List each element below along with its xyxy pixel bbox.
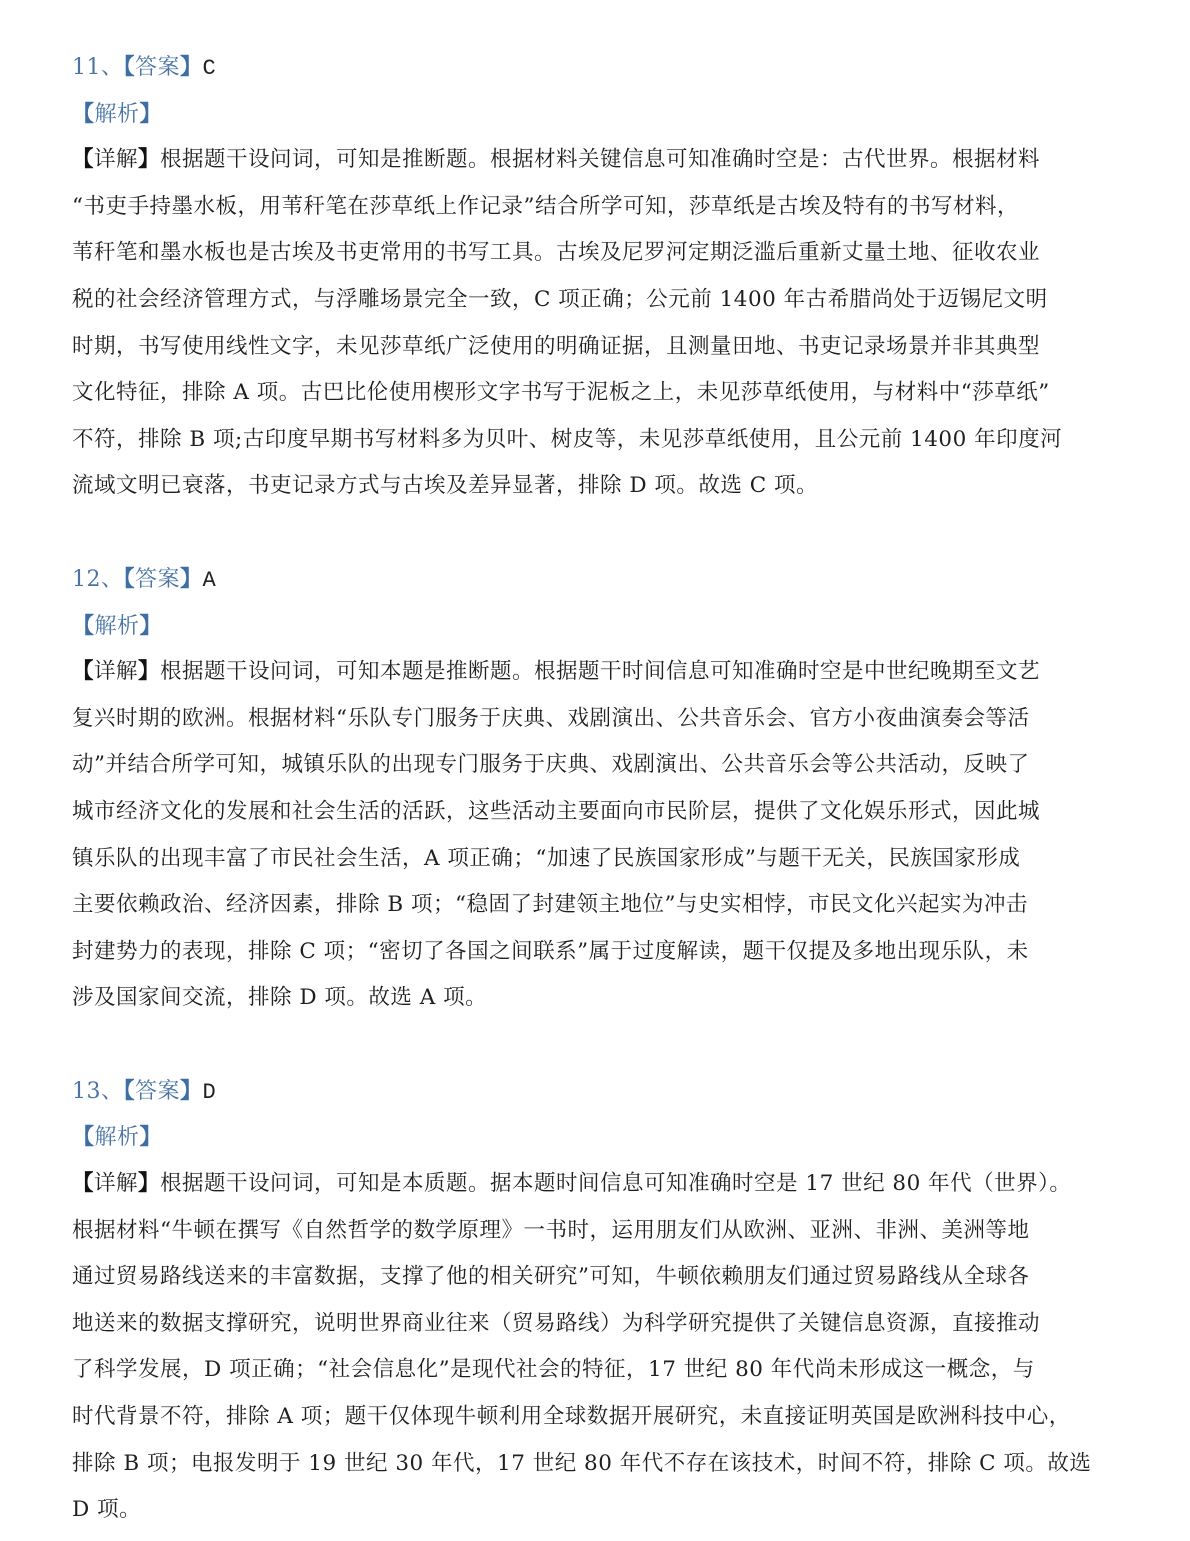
explanation-line: 地送来的数据支撑研究，说明世界商业往来（贸易路线）为科学研究提供了关键信息资源，… <box>72 1301 1122 1348</box>
detail-line: 【详解】根据题干设问词，可知本题是推断题。根据题干时间信息可知准确时空是中世纪晚… <box>72 649 1122 696</box>
right-bracket: 】 <box>180 566 203 592</box>
analysis-label: 解析 <box>95 614 140 639</box>
analysis-heading: 【解析】 <box>72 91 1122 138</box>
explanation-line: 复兴时期的欧洲。根据材料“乐队专门服务于庆典、戏剧演出、公共音乐会、官方小夜曲演… <box>72 696 1122 743</box>
answer-heading: 13、【答案】D <box>72 1068 1122 1115</box>
right-bracket: 】 <box>140 101 163 127</box>
explanation-line: 文化特征，排除 A 项。古巴比伦使用楔形文字书写于泥板之上，未见莎草纸使用，与材… <box>72 370 1122 417</box>
explanation-line: 流域文明已衰落，书吏记录方式与古埃及差异显著，排除 D 项。故选 C 项。 <box>72 463 1122 510</box>
explanation-text: 根据题干设问词，可知是推断题。根据材料关键信息可知准确时空是：古代世界。根据材料 <box>160 147 1040 172</box>
explanation-line: “书吏手持墨水板，用苇秆笔在莎草纸上作记录”结合所学可知，莎草纸是古埃及特有的书… <box>72 184 1122 231</box>
analysis-heading: 【解析】 <box>72 1114 1122 1161</box>
question-number: 13、 <box>72 1079 124 1104</box>
right-bracket: 】 <box>138 659 160 684</box>
answer-label: 答案 <box>135 567 180 592</box>
explanation-line: 了科学发展，D 项正确；“社会信息化”是现代社会的特征，17 世纪 80 年代尚… <box>72 1347 1122 1394</box>
answer-heading: 12、【答案】A <box>72 556 1122 603</box>
detail-label-text: 详解 <box>94 147 138 172</box>
explanation-line: 涉及国家间交流，排除 D 项。故选 A 项。 <box>72 975 1122 1022</box>
explanation-line: 时期，书写使用线性文字，未见莎草纸广泛使用的明确证据，且测量田地、书吏记录场景并… <box>72 324 1122 371</box>
detail-line: 【详解】根据题干设问词，可知是本质题。据本题时间信息可知准确时空是 17 世纪 … <box>72 1161 1122 1208</box>
right-bracket: 】 <box>138 1171 160 1196</box>
explanation-line: 城市经济文化的发展和社会生活的活跃，这些活动主要面向市民阶层，提供了文化娱乐形式… <box>72 789 1122 836</box>
question-13-section: 13、【答案】D 【解析】 【详解】根据题干设问词，可知是本质题。据本题时间信息… <box>72 1068 1122 1534</box>
explanation-text: 根据题干设问词，可知是本质题。据本题时间信息可知准确时空是 17 世纪 80 年… <box>160 1171 1071 1196</box>
explanation-line: 不符，排除 B 项;古印度早期书写材料多为贝叶、树皮等，未见莎草纸使用，且公元前… <box>72 417 1122 464</box>
left-bracket: 【 <box>72 659 94 684</box>
answer-document: 11、【答案】C 【解析】 【详解】根据题干设问词，可知是推断题。根据材料关键信… <box>72 44 1122 1534</box>
answer-value: C <box>203 56 217 81</box>
right-bracket: 】 <box>140 1124 163 1150</box>
left-bracket: 【 <box>72 101 95 127</box>
left-bracket: 【 <box>72 147 94 172</box>
detail-label-text: 详解 <box>94 659 138 684</box>
left-bracket: 【 <box>72 1124 95 1150</box>
question-number: 12、 <box>72 567 124 592</box>
answer-value: A <box>203 568 217 593</box>
analysis-label: 解析 <box>95 1125 140 1150</box>
explanation-line: 苇秆笔和墨水板也是古埃及书吏常用的书写工具。古埃及尼罗河定期泛滥后重新丈量土地、… <box>72 230 1122 277</box>
explanation-line: 镇乐队的出现丰富了市民社会生活，A 项正确；“加速了民族国家形成”与题干无关，民… <box>72 836 1122 883</box>
left-bracket: 【 <box>124 54 136 80</box>
explanation-text: 根据题干设问词，可知本题是推断题。根据题干时间信息可知准确时空是中世纪晚期至文艺 <box>160 659 1040 684</box>
right-bracket: 】 <box>140 613 163 639</box>
section-spacer <box>72 1022 1122 1068</box>
detail-label: 【详解】 <box>72 147 160 172</box>
explanation-line: 根据材料“牛顿在撰写《自然哲学的数学原理》一书时，运用朋友们从欧洲、亚洲、非洲、… <box>72 1208 1122 1255</box>
answer-label: 答案 <box>135 1079 180 1104</box>
answer-label: 答案 <box>135 55 180 80</box>
left-bracket: 【 <box>124 1078 136 1104</box>
right-bracket: 】 <box>180 1078 203 1104</box>
explanation-line: 动”并结合所学可知，城镇乐队的出现专门服务于庆典、戏剧演出、公共音乐会等公共活动… <box>72 742 1122 789</box>
detail-label: 【详解】 <box>72 1171 160 1196</box>
explanation-line: 排除 B 项；电报发明于 19 世纪 30 年代，17 世纪 80 年代不存在该… <box>72 1441 1122 1488</box>
left-bracket: 【 <box>72 613 95 639</box>
analysis-label: 解析 <box>95 102 140 127</box>
explanation-line: D 项。 <box>72 1487 1122 1534</box>
explanation-line: 税的社会经济管理方式，与浮雕场景完全一致，C 项正确；公元前 1400 年古希腊… <box>72 277 1122 324</box>
question-11-section: 11、【答案】C 【解析】 【详解】根据题干设问词，可知是推断题。根据材料关键信… <box>72 44 1122 510</box>
explanation-line: 封建势力的表现，排除 C 项；“密切了各国之间联系”属于过度解读，题干仅提及多地… <box>72 929 1122 976</box>
question-12-section: 12、【答案】A 【解析】 【详解】根据题干设问词，可知本题是推断题。根据题干时… <box>72 556 1122 1022</box>
explanation-line: 时代背景不符，排除 A 项；题干仅体现牛顿利用全球数据开展研究，未直接证明英国是… <box>72 1394 1122 1441</box>
section-spacer <box>72 510 1122 556</box>
left-bracket: 【 <box>72 1171 94 1196</box>
detail-label: 【详解】 <box>72 659 160 684</box>
question-number: 11、 <box>72 55 124 80</box>
right-bracket: 】 <box>138 147 160 172</box>
answer-value: D <box>203 1080 217 1105</box>
answer-heading: 11、【答案】C <box>72 44 1122 91</box>
detail-line: 【详解】根据题干设问词，可知是推断题。根据材料关键信息可知准确时空是：古代世界。… <box>72 137 1122 184</box>
detail-label-text: 详解 <box>94 1171 138 1196</box>
right-bracket: 】 <box>180 54 203 80</box>
analysis-heading: 【解析】 <box>72 603 1122 650</box>
left-bracket: 【 <box>124 566 136 592</box>
explanation-line: 通过贸易路线送来的丰富数据，支撑了他的相关研究”可知，牛顿依赖朋友们通过贸易路线… <box>72 1254 1122 1301</box>
explanation-line: 主要依赖政治、经济因素，排除 B 项；“稳固了封建领主地位”与史实相悖，市民文化… <box>72 882 1122 929</box>
